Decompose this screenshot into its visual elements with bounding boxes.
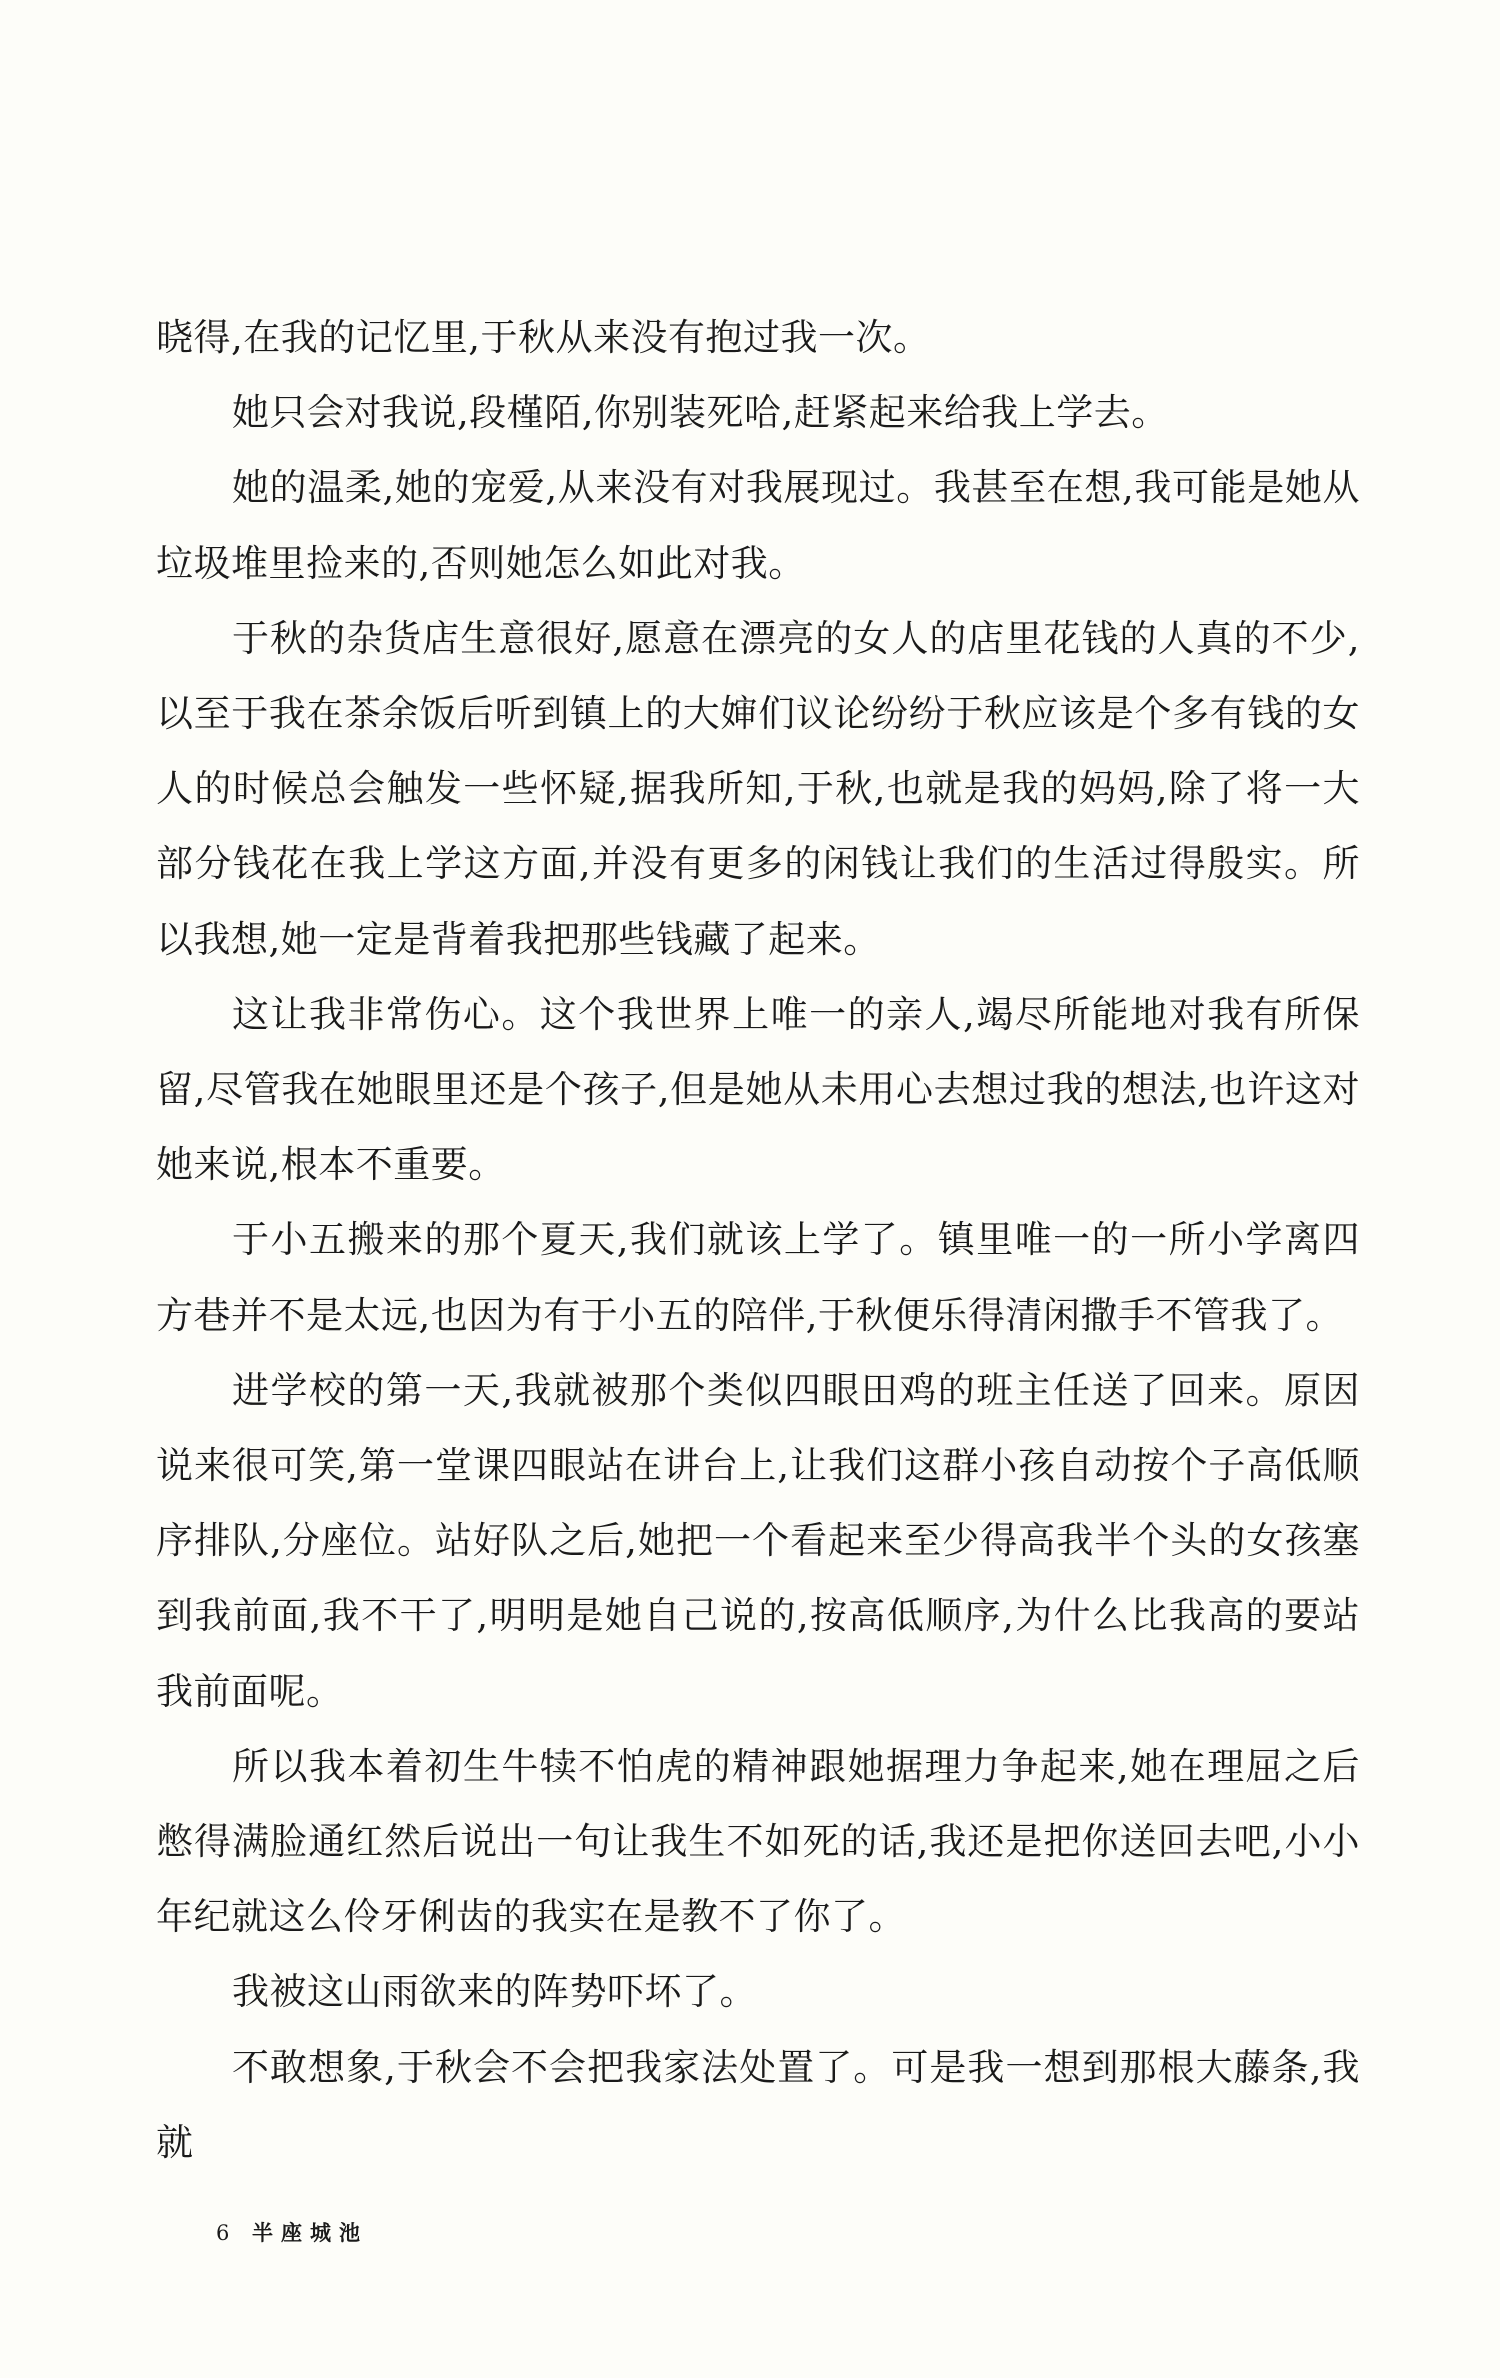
paragraph: 她的温柔,她的宠爱,从来没有对我展现过。我甚至在想,我可能是她从垃圾堆里捡来的,…	[156, 450, 1360, 600]
paragraph: 不敢想象,于秋会不会把我家法处置了。可是我一想到那根大藤条,我就	[156, 2030, 1360, 2180]
paragraph: 她只会对我说,段槿陌,你别装死哈,赶紧起来给我上学去。	[156, 375, 1360, 450]
paragraph: 于秋的杂货店生意很好,愿意在漂亮的女人的店里花钱的人真的不少,以至于我在茶余饭后…	[156, 601, 1360, 977]
book-page: 晓得,在我的记忆里,于秋从来没有抱过我一次。 她只会对我说,段槿陌,你别装死哈,…	[0, 0, 1500, 2378]
body-text: 晓得,在我的记忆里,于秋从来没有抱过我一次。 她只会对我说,段槿陌,你别装死哈,…	[156, 300, 1360, 2180]
page-number: 6	[216, 2218, 252, 2248]
paragraph: 这让我非常伤心。这个我世界上唯一的亲人,竭尽所能地对我有所保留,尽管我在她眼里还…	[156, 977, 1360, 1203]
paragraph: 我被这山雨欲来的阵势吓坏了。	[156, 1954, 1360, 2029]
paragraph: 所以我本着初生牛犊不怕虎的精神跟她据理力争起来,她在理屈之后憋得满脸通红然后说出…	[156, 1729, 1360, 1955]
paragraph: 于小五搬来的那个夏天,我们就该上学了。镇里唯一的一所小学离四方巷并不是太远,也因…	[156, 1202, 1360, 1352]
paragraph: 晓得,在我的记忆里,于秋从来没有抱过我一次。	[156, 300, 1360, 375]
page-footer: 6半座城池	[216, 2218, 368, 2248]
paragraph: 进学校的第一天,我就被那个类似四眼田鸡的班主任送了回来。原因说来很可笑,第一堂课…	[156, 1353, 1360, 1729]
book-title: 半座城池	[252, 2221, 368, 2245]
